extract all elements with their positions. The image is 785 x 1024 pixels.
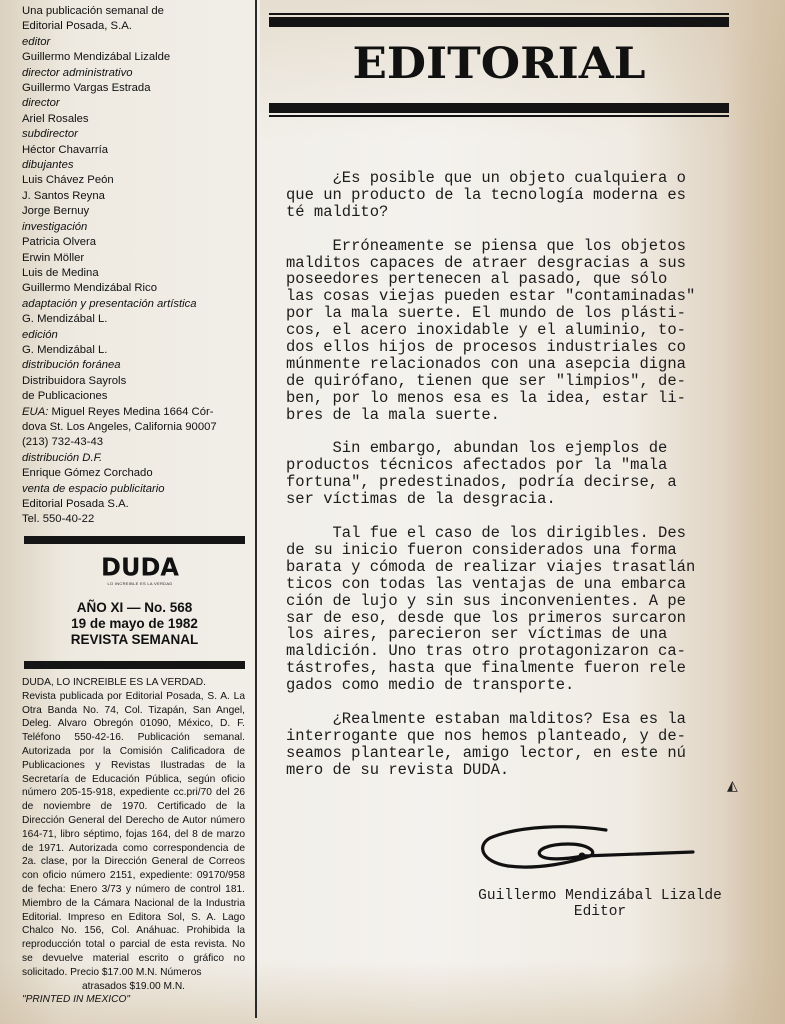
title-rule [269,13,729,15]
editorial-paragraph: ¿Realmente estaban malditos? Esa es lain… [286,711,726,779]
credit-role: director administrativo [22,66,244,81]
publisher-line: Editorial Posada, S.A. [22,19,244,34]
editorial-line: malditos capaces de atraer desgracias a … [286,255,726,272]
title-rule [269,115,729,117]
editorial-line: productos técnicos afectados por la "mal… [286,457,726,474]
editor-title: Editor [430,904,770,920]
editorial-line: gados como medio de transporte. [286,677,726,694]
eua-address: EUA: Miguel Reyes Medina 1664 Cór- [22,405,244,420]
editorial-line: té maldito? [286,204,726,221]
credits-list: distribución D.F.Enrique Gómez Corchadov… [22,451,244,528]
credit-name: G. Mendizábal L. [22,312,244,327]
credit-name: Ariel Rosales [22,112,244,127]
column-divider [255,0,257,1018]
credit-name: de Publicaciones [22,389,244,404]
credit-role: venta de espacio publicitario [22,482,244,497]
divider-bar [24,536,245,544]
editorial-line: interrogante que nos hemos planteado, y … [286,728,726,745]
credit-name: Tel. 550-40-22 [22,512,244,527]
editorial-body: ¿Es posible que un objeto cualquiera oqu… [286,170,726,795]
credit-name: Distribuidora Sayrols [22,374,244,389]
credit-role: distribución D.F. [22,451,244,466]
editorial-line: ben, por lo menos esa es la idea, estar … [286,390,726,407]
divider-bar [24,661,245,669]
credit-role: edición [22,328,244,343]
editorial-line: de su inicio fueron considerados una for… [286,542,726,559]
credit-role: distribución foránea [22,358,244,373]
credit-name: Jorge Bernuy [22,204,244,219]
eua-label: EUA: [22,406,48,418]
credit-role: director [22,96,244,111]
masthead-credits: Una publicación semanal de Editorial Pos… [22,4,244,528]
editor-name: Guillermo Mendizábal Lizalde [430,888,770,904]
editorial-paragraph: Erróneamente se piensa que los objetosma… [286,238,726,424]
credit-role: subdirector [22,127,244,142]
credit-name: Héctor Chavarría [22,143,244,158]
editorial-line: fortuna", predestinados, podría decirse,… [286,474,726,491]
legal-headline: DUDA, LO INCREIBLE ES LA VERDAD. [22,676,245,690]
editorial-line: de quirófano, tienen que ser "limpios", … [286,373,726,390]
editorial-line: tástrofes, hasta que finalmente fueron r… [286,660,726,677]
credit-name: Luis Chávez Peón [22,173,244,188]
publisher-line: Una publicación semanal de [22,4,244,19]
eua-phone: (213) 732-43-43 [22,435,244,450]
issue-date: 19 de mayo de 1982 [24,616,245,632]
editorial-paragraph: ¿Es posible que un objeto cualquiera oqu… [286,170,726,221]
editorial-line: seamos plantearle, amigo lector, en este… [286,745,726,762]
credit-name: Enrique Gómez Corchado [22,466,244,481]
credit-name: J. Santos Reyna [22,189,244,204]
duda-tagline: LO INCREIBLE ES LA VERDAD [100,581,180,586]
eua-address-line: dova St. Los Angeles, California 90007 [22,420,244,435]
issue-number: AÑO XI — No. 568 [24,600,245,616]
legal-body: Revista publicada por Editorial Posada, … [22,690,245,980]
editorial-paragraph: Sin embargo, abundan los ejemplos deprod… [286,440,726,508]
editorial-line: cos, el acero inoxidable y el aluminio, … [286,322,726,339]
editorial-line: ción de lujo y sin sus inconvenientes. A… [286,593,726,610]
editorial-line: las cosas viejas pueden estar "contamina… [286,288,726,305]
editorial-line: Sin embargo, abundan los ejemplos de [286,440,726,457]
credit-name: Guillermo Mendizábal Rico [22,281,244,296]
credit-name: Guillermo Mendizábal Lizalde [22,50,244,65]
editorial-line: los aires, parecieron ser víctimas de un… [286,626,726,643]
duda-logo: DUDA [100,552,180,581]
editorial-line: ¿Realmente estaban malditos? Esa es la [286,711,726,728]
paper-stain [720,0,785,1024]
credit-role: dibujantes [22,158,244,173]
title-rule [269,17,729,27]
signature-icon [478,822,703,882]
editorial-line: por la mala suerte. El mundo de los plás… [286,305,726,322]
editorial-line: ser víctimas de la desgracia. [286,491,726,508]
editorial-paragraph: Tal fue el caso de los dirigibles. Desde… [286,525,726,694]
editorial-line: poseedores pertenecen al pasado, que sól… [286,271,726,288]
credit-name: Patricia Olvera [22,235,244,250]
editorial-line: que un producto de la tecnología moderna… [286,187,726,204]
editorial-line: barata y cómoda de realizar viajes trasa… [286,559,726,576]
ink-mark-icon: ◭ [727,778,738,794]
editor-signature-block: Guillermo Mendizábal Lizalde Editor [430,888,770,920]
issue-info: AÑO XI — No. 568 19 de mayo de 1982 REVI… [24,600,245,648]
credit-name: G. Mendizábal L. [22,343,244,358]
editorial-line: ¿Es posible que un objeto cualquiera o [286,170,726,187]
editorial-line: Erróneamente se piensa que los objetos [286,238,726,255]
editorial-line: Tal fue el caso de los dirigibles. Des [286,525,726,542]
editorial-line: bres de la mala suerte. [286,407,726,424]
legal-notice: DUDA, LO INCREIBLE ES LA VERDAD. Revista… [22,676,245,1007]
credit-role: investigación [22,220,244,235]
credit-name: Editorial Posada S.A. [22,497,244,512]
editorial-line: múnmente relacionados con una asepcia di… [286,356,726,373]
printed-in: "PRINTED IN MEXICO" [22,993,245,1007]
editorial-line: ticos con todas las ventajas de una emba… [286,576,726,593]
editorial-line: maldición. Uno tras otro protagonizaron … [286,643,726,660]
editorial-line: sar de eso, desde que los primeros surca… [286,610,726,627]
credit-name: Erwin Möller [22,251,244,266]
editorial-line: dos ellos hijos de procesos industriales… [286,339,726,356]
credit-name: Luis de Medina [22,266,244,281]
back-issues-price: atrasados $19.00 M.N. [22,980,245,994]
editorial-line: mero de su revista DUDA. [286,762,726,779]
title-rule [269,103,729,113]
credit-role: adaptación y presentación artística [22,297,244,312]
issue-frequency: REVISTA SEMANAL [24,632,245,648]
credit-role: editor [22,35,244,50]
credits-list: editorGuillermo Mendizábal Lizaldedirect… [22,35,244,405]
editorial-title: EDITORIAL [258,38,741,90]
credit-name: Guillermo Vargas Estrada [22,81,244,96]
